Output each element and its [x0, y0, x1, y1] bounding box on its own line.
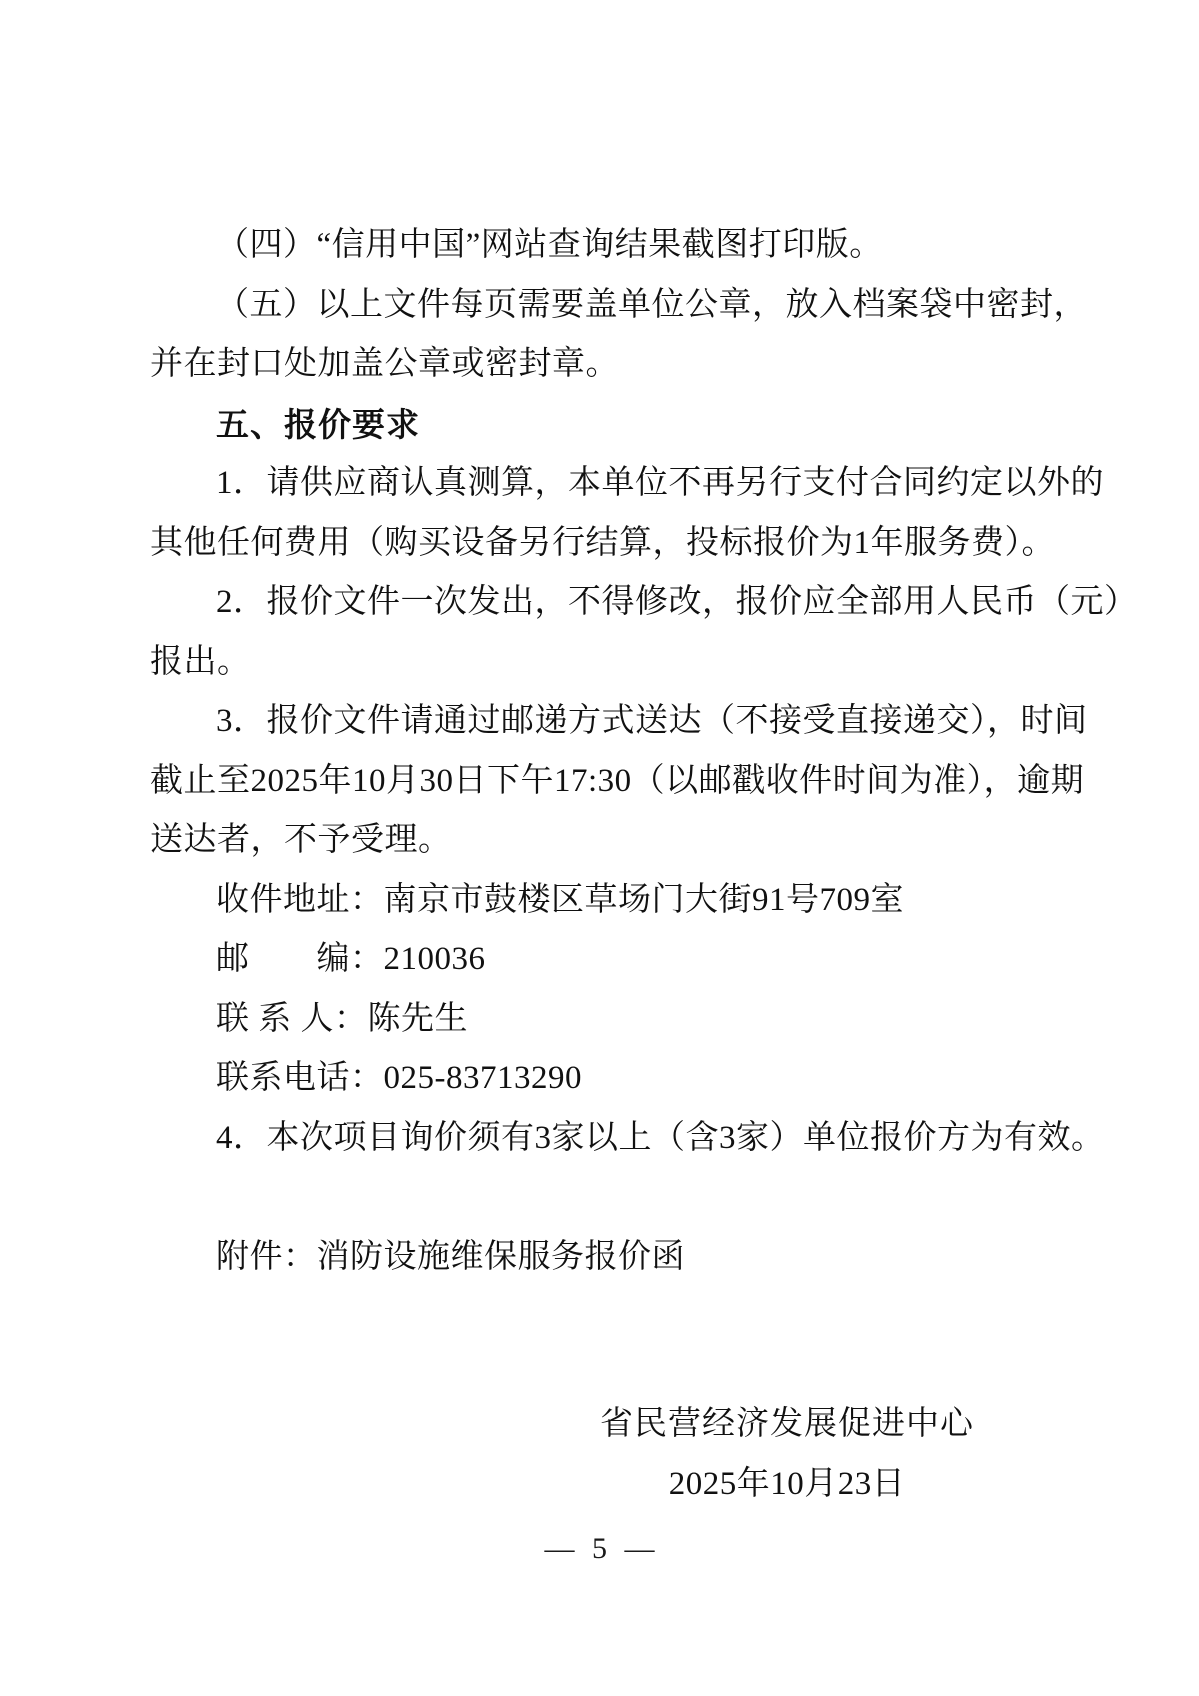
body-line: （四）“信用中国”网站查询结果截图打印版。: [150, 216, 1055, 276]
attachment-line: 附件：消防设施维保服务报价函: [150, 1228, 1055, 1288]
signature-date: 2025年10月23日: [600, 1455, 974, 1515]
body-line: 1．请供应商认真测算，本单位不再另行支付合同约定以外的: [150, 454, 1055, 514]
contact-phone-line: 联系电话：025-83713290: [150, 1049, 1055, 1109]
contact-person-line: 联 系 人：陈先生: [150, 990, 1055, 1050]
section-heading: 五、报价要求: [150, 395, 1055, 455]
signature-block: 省民营经济发展促进中心 2025年10月23日: [600, 1395, 974, 1514]
document-body: （四）“信用中国”网站查询结果截图打印版。 （五）以上文件每页需要盖单位公章，放…: [150, 216, 1055, 1287]
body-line: （五）以上文件每页需要盖单位公章，放入档案袋中密封，: [150, 276, 1055, 336]
body-line: 3．报价文件请通过邮递方式送达（不接受直接递交），时间: [150, 692, 1055, 752]
body-line: 2．报价文件一次发出，不得修改，报价应全部用人民币（元）: [150, 573, 1055, 633]
body-line: 并在封口处加盖公章或密封章。: [150, 335, 1055, 395]
postal-code-line: 邮 编：210036: [150, 930, 1055, 990]
blank-line: [150, 1168, 1055, 1228]
body-line: 送达者，不予受理。: [150, 811, 1055, 871]
mailing-address-line: 收件地址：南京市鼓楼区草场门大街91号709室: [150, 871, 1055, 931]
body-line: 报出。: [150, 633, 1055, 693]
signature-organization: 省民营经济发展促进中心: [600, 1395, 974, 1455]
page-number: — 5 —: [0, 1528, 1199, 1570]
body-line: 4．本次项目询价须有3家以上（含3家）单位报价方为有效。: [150, 1109, 1055, 1169]
body-line: 截止至2025年10月30日下午17:30（以邮戳收件时间为准），逾期: [150, 752, 1055, 812]
document-page: （四）“信用中国”网站查询结果截图打印版。 （五）以上文件每页需要盖单位公章，放…: [0, 0, 1199, 1696]
body-line: 其他任何费用（购买设备另行结算，投标报价为1年服务费）。: [150, 514, 1055, 574]
